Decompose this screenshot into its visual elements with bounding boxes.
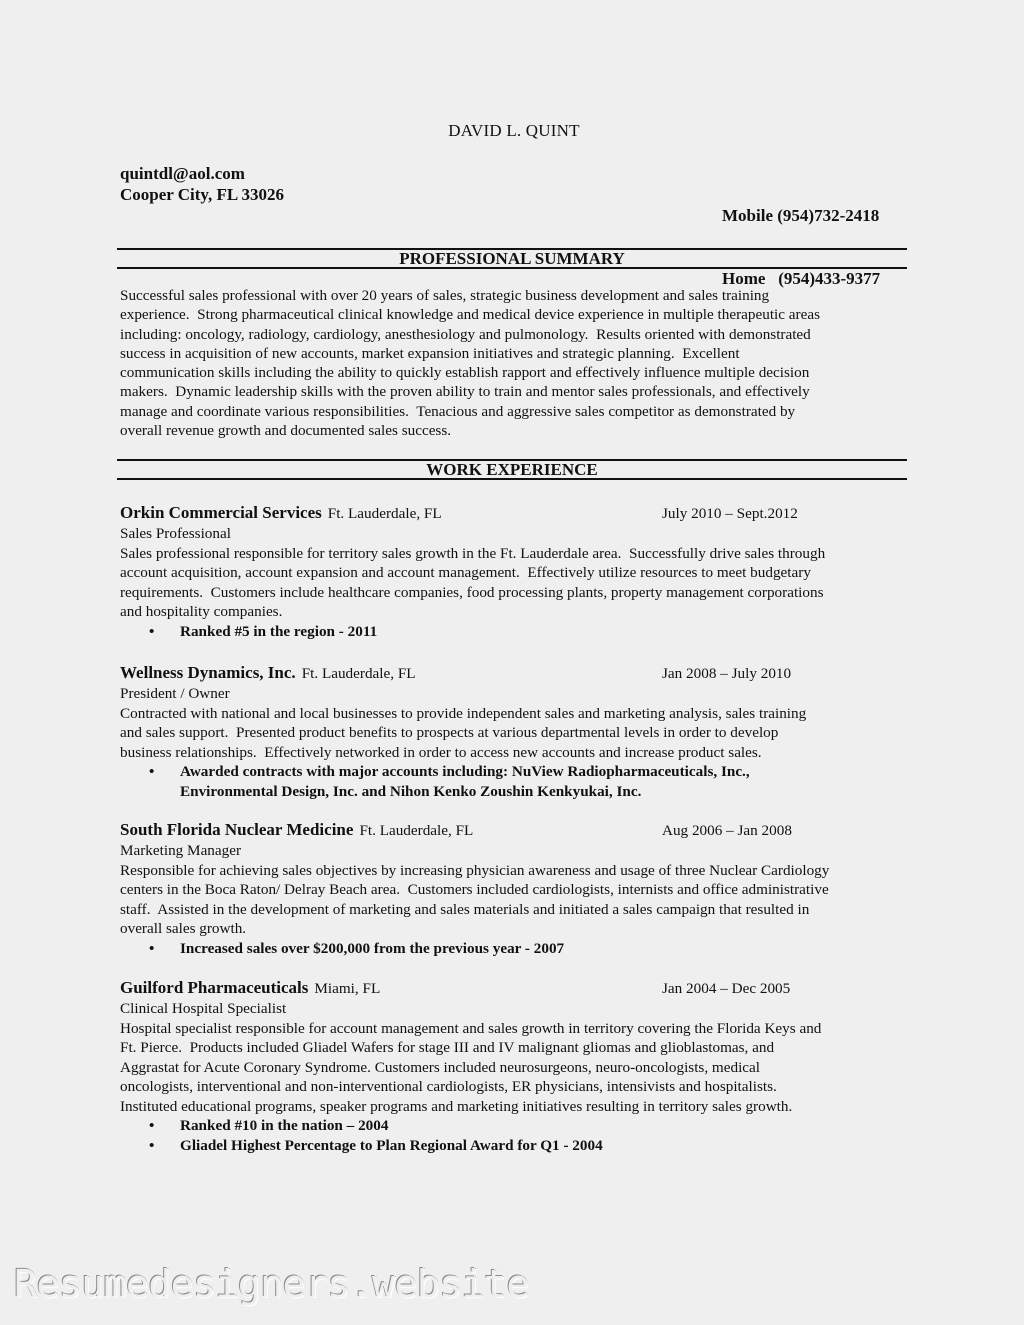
summary-line: overall revenue growth and documented sa… — [120, 421, 908, 440]
summary-line: Successful sales professional with over … — [120, 286, 908, 305]
mobile-phone: Mobile (954)732-2418 — [722, 205, 880, 226]
job-entry: Guilford PharmaceuticalsMiami, FLJan 200… — [120, 978, 908, 1156]
achievement-item: •Ranked #10 in the nation – 2004 — [120, 1116, 908, 1136]
job-location: Ft. Lauderdale, FL — [328, 505, 442, 522]
achievement-list: •Ranked #10 in the nation – 2004•Gliadel… — [120, 1116, 908, 1156]
job-header: Guilford PharmaceuticalsMiami, FLJan 200… — [120, 978, 908, 999]
job-description-line: Hospital specialist responsible for acco… — [120, 1019, 908, 1039]
job-title: Clinical Hospital Specialist — [120, 999, 908, 1019]
achievement-list: •Increased sales over $200,000 from the … — [120, 939, 908, 959]
bullet-icon: • — [149, 1136, 154, 1156]
achievement-text: Gliadel Highest Percentage to Plan Regio… — [180, 1137, 603, 1154]
bullet-icon: • — [149, 939, 154, 959]
summary-line: makers. Dynamic leadership skills with t… — [120, 382, 908, 401]
job-header: Wellness Dynamics, Inc.Ft. Lauderdale, F… — [120, 663, 908, 684]
job-description-line: requirements. Customers include healthca… — [120, 583, 908, 603]
summary-line: including: oncology, radiology, cardiolo… — [120, 325, 908, 344]
achievement-text: Increased sales over $200,000 from the p… — [180, 940, 564, 957]
job-description-line: and hospitality companies. — [120, 602, 908, 622]
address: Cooper City, FL 33026 — [120, 184, 284, 205]
achievement-text: Ranked #10 in the nation – 2004 — [180, 1117, 388, 1134]
achievement-item: •Gliadel Highest Percentage to Plan Regi… — [120, 1136, 908, 1156]
summary-line: communication skills including the abili… — [120, 363, 908, 382]
achievement-item: •Awarded contracts with major accounts i… — [120, 762, 800, 802]
achievement-list: •Ranked #5 in the region - 2011 — [120, 622, 908, 642]
job-location: Ft. Lauderdale, FL — [359, 822, 473, 839]
job-dates: Jan 2004 – Dec 2005 — [662, 979, 790, 999]
bullet-icon: • — [149, 1116, 154, 1136]
professional-summary: Successful sales professional with over … — [120, 286, 908, 440]
job-title: Sales Professional — [120, 524, 908, 544]
job-description-line: staff. Assisted in the development of ma… — [120, 900, 908, 920]
job-header: South Florida Nuclear MedicineFt. Lauder… — [120, 820, 908, 841]
job-entry: Wellness Dynamics, Inc.Ft. Lauderdale, F… — [120, 663, 908, 802]
work-experience-heading: WORK EXPERIENCE — [117, 459, 907, 480]
bullet-icon: • — [149, 762, 154, 782]
job-dates: Jan 2008 – July 2010 — [662, 664, 791, 684]
job-description-line: Responsible for achieving sales objectiv… — [120, 861, 908, 881]
company-name: Orkin Commercial Services — [120, 503, 322, 522]
achievement-item: •Increased sales over $200,000 from the … — [120, 939, 908, 959]
job-description-line: and sales support. Presented product ben… — [120, 723, 908, 743]
summary-line: experience. Strong pharmaceutical clinic… — [120, 305, 908, 324]
job-title: Marketing Manager — [120, 841, 908, 861]
company-name: South Florida Nuclear Medicine — [120, 820, 353, 839]
job-description-line: centers in the Boca Raton/ Delray Beach … — [120, 880, 908, 900]
job-location: Ft. Lauderdale, FL — [302, 665, 416, 682]
email: quintdl@aol.com — [120, 163, 284, 184]
job-description-line: overall sales growth. — [120, 919, 908, 939]
company-name: Guilford Pharmaceuticals — [120, 978, 308, 997]
job-description-line: Instituted educational programs, speaker… — [120, 1097, 908, 1117]
achievement-text: Awarded contracts with major accounts in… — [180, 763, 750, 800]
job-description-line: business relationships. Effectively netw… — [120, 743, 908, 763]
summary-line: success in acquisition of new accounts, … — [120, 344, 908, 363]
job-description-line: Ft. Pierce. Products included Gliadel Wa… — [120, 1038, 908, 1058]
watermark: Resumedesigners.website — [14, 1262, 529, 1306]
professional-summary-heading: PROFESSIONAL SUMMARY — [117, 248, 907, 269]
job-dates: July 2010 – Sept.2012 — [662, 504, 798, 524]
job-dates: Aug 2006 – Jan 2008 — [662, 821, 792, 841]
job-location: Miami, FL — [314, 980, 380, 997]
job-entry: Orkin Commercial ServicesFt. Lauderdale,… — [120, 503, 908, 641]
job-entry: South Florida Nuclear MedicineFt. Lauder… — [120, 820, 908, 958]
achievement-list: •Awarded contracts with major accounts i… — [120, 762, 908, 802]
mobile-label: Mobile — [722, 206, 773, 225]
contact-left: quintdl@aol.com Cooper City, FL 33026 — [120, 163, 284, 205]
achievement-item: •Ranked #5 in the region - 2011 — [120, 622, 908, 642]
job-description-line: Sales professional responsible for terri… — [120, 544, 908, 564]
achievement-text: Ranked #5 in the region - 2011 — [180, 623, 377, 640]
job-header: Orkin Commercial ServicesFt. Lauderdale,… — [120, 503, 908, 524]
job-description-line: Aggrastat for Acute Coronary Syndrome. C… — [120, 1058, 908, 1078]
job-description-line: Contracted with national and local busin… — [120, 704, 908, 724]
candidate-name: DAVID L. QUINT — [120, 121, 908, 141]
company-name: Wellness Dynamics, Inc. — [120, 663, 296, 682]
mobile-number: (954)732-2418 — [777, 206, 879, 225]
job-description-line: oncologists, interventional and non-inte… — [120, 1077, 908, 1097]
bullet-icon: • — [149, 622, 154, 642]
job-description-line: account acquisition, account expansion a… — [120, 563, 908, 583]
job-title: President / Owner — [120, 684, 908, 704]
summary-line: manage and coordinate various responsibi… — [120, 402, 908, 421]
